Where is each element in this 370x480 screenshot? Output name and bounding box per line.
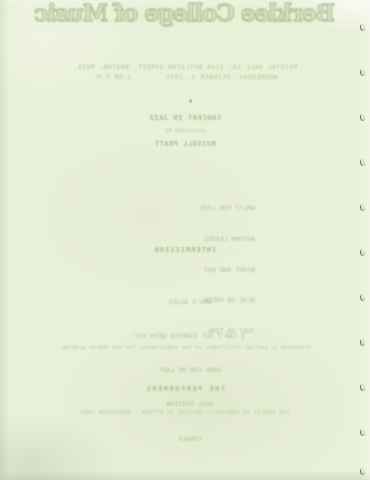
- intermission-heading: INTERMISSION: [0, 246, 370, 254]
- program-list-second-half: WHO'S BLUES I CAN'T GET STARTED WITH YOU…: [10, 274, 370, 468]
- program-item: AUTUMN LEAVES: [200, 234, 255, 244]
- footer-line: THE PUBLIC IS CORDIALLY INVITED TO ATTEN…: [0, 410, 370, 416]
- logo-text: Berklee College of Music: [0, 0, 370, 27]
- paper-speck: [189, 99, 192, 103]
- performers-heading: THE PERFORMERS: [0, 385, 370, 393]
- recital-title: CONCERT IN JAZZ: [0, 114, 370, 122]
- venue-line: RECITAL HALL 1A, 1140 BOYLSTON STREET, B…: [0, 63, 370, 71]
- scan-page: Berklee College of Music RECITAL HALL 1A…: [0, 0, 370, 480]
- program-item: SONG FOR MY LADY: [10, 365, 370, 376]
- program-item: WHO'S BLUES: [10, 297, 370, 308]
- recital-byline: presented by: [0, 128, 370, 134]
- recital-performer: RUSSELL PRATT: [0, 140, 370, 148]
- bleed-through-layer: Berklee College of Music RECITAL HALL 1A…: [0, 0, 370, 480]
- program-item: I CAN'T GET STARTED WITH YOU: [10, 331, 370, 342]
- program-item: WALTZ FOR LOVE: [200, 203, 255, 213]
- footnote-line: Presented in partial fulfillment of the …: [0, 345, 370, 351]
- date-line: WEDNESDAY, OCTOBER 1, 1975 1:00 P.M.: [0, 73, 370, 81]
- program-item: FINALE: [10, 434, 370, 445]
